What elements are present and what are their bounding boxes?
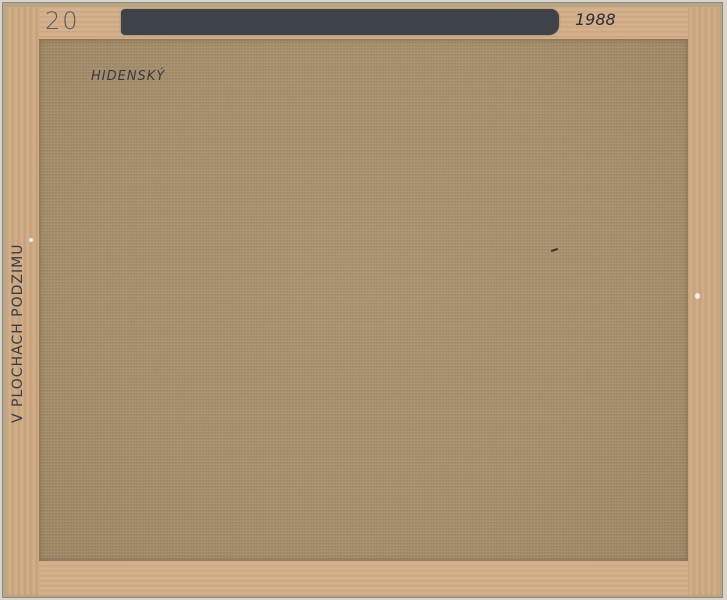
- year-inscription: 1988: [575, 10, 616, 29]
- paint-speck: [29, 238, 33, 242]
- stretcher-frame: 20 1988 HIDENSKÝ V PLOCHACH PODZIMU: [2, 2, 723, 598]
- frame-number: 20: [45, 7, 80, 35]
- paint-speck: [695, 293, 700, 299]
- canvas-back: [39, 39, 688, 561]
- artist-signature: HIDENSKÝ: [91, 69, 165, 84]
- painted-tape-strip: [121, 9, 559, 35]
- frame-right-bar: [688, 7, 720, 595]
- painting-title-inscription: V PLOCHACH PODZIMU: [10, 244, 26, 423]
- frame-bottom-bar: [7, 561, 720, 595]
